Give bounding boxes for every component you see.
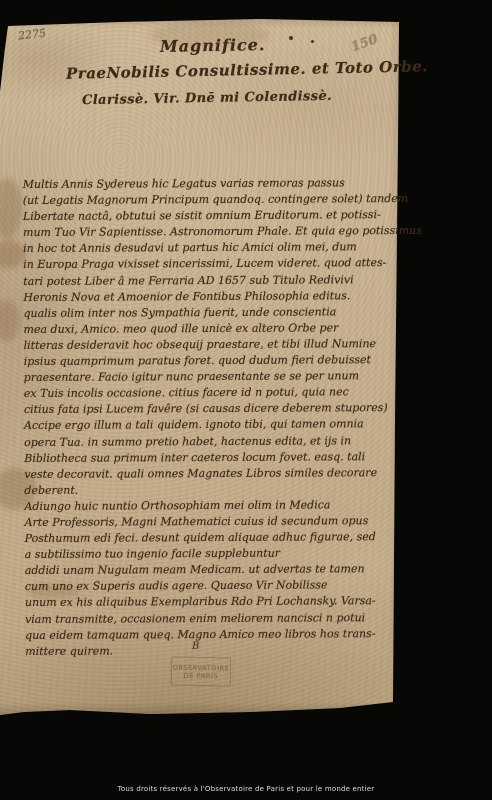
- manuscript-line: unum ex his aliquibus Exemplaribus Rdo P…: [25, 593, 397, 611]
- manuscript-line: qua eidem tamquam queq. Magno Amico meo …: [25, 626, 397, 644]
- footer-caption: Tous droits réservés à l'Observatoire de…: [0, 785, 492, 793]
- manuscript-line: cum uno ex Superis audis agere. Quaeso V…: [25, 577, 397, 595]
- manuscript-line: mum Tuo Vir Sapientisse. Astronomorum Ph…: [23, 223, 395, 241]
- manuscript-line: (ut Legatis Magnorum Principum quandoq. …: [23, 191, 395, 209]
- manuscript-line: a subtilissimo tuo ingenio facile supple…: [25, 545, 397, 563]
- manuscript-line: Bibliotheca sua primum inter caeteros lo…: [24, 449, 396, 467]
- manuscript-line: citius fata ipsi Lucem favêre (si causas…: [24, 400, 396, 418]
- manuscript-line: Libertate nactâ, obtutui se sistit omniu…: [23, 207, 395, 225]
- stain: [0, 178, 22, 238]
- observatory-stamp: OBSERVATOIRE DE PARIS: [171, 656, 231, 686]
- manuscript-line: deberent.: [24, 481, 396, 499]
- manuscript-line: Arte Professoris, Magni Mathematici cuiu…: [25, 513, 397, 531]
- letter-body: Multis Annis Sydereus hic Legatus varias…: [23, 175, 398, 660]
- manuscript-line: ex Tuis incolis occasione. citius facere…: [24, 384, 396, 402]
- manuscript-line: veste decoravit. quali omnes Magnates Li…: [24, 465, 396, 483]
- manuscript-line: viam transmitte, occasionem enim meliore…: [25, 610, 397, 628]
- manuscript-line: qualis olim inter nos Sympathia fuerit, …: [23, 304, 395, 322]
- manuscript-line: Heronis Nova et Amoenior de Fontibus Phi…: [23, 288, 395, 306]
- manuscript-line: litteras desideravit hoc obsequij praest…: [24, 336, 396, 354]
- stamp-line-2: DE PARIS: [184, 671, 219, 680]
- letter-heading-line-1: Magnifice.: [160, 35, 266, 56]
- stain: [0, 300, 20, 342]
- manuscript-line: ipsius quamprimum paratus foret. quod du…: [24, 352, 396, 370]
- manuscript-line: opera Tua. in summo pretio habet, hacten…: [24, 433, 396, 451]
- manuscript-line: tari potest Liber â me Ferraria AD 1657 …: [23, 272, 395, 290]
- manuscript-line: in hoc tot Annis desudavi ut partus hic …: [23, 239, 395, 257]
- ink-mark: B: [192, 641, 199, 652]
- manuscript-line: Accipe ergo illum a tali quidem. ignoto …: [24, 416, 396, 434]
- manuscript-line: in Europa Praga vixisset sincerissimi, L…: [23, 255, 395, 273]
- manuscript-line: mea duxi, Amico. meo quod ille unicè ex …: [23, 320, 395, 338]
- manuscript-line: Adiungo huic nuntio Orthosophiam mei oli…: [24, 497, 396, 515]
- manuscript-line: praesentare. Facio igitur nunc praesenta…: [24, 368, 396, 386]
- manuscript-line: Multis Annis Sydereus hic Legatus varias…: [23, 175, 395, 193]
- ink-dot: [311, 40, 314, 43]
- ink-dot: [289, 36, 293, 40]
- photo-frame: 2275 150 Magnifice. PraeNobilis Consulti…: [0, 0, 492, 800]
- manuscript-line: addidi unam Nugulam meam Medicam. ut adv…: [25, 561, 397, 579]
- manuscript-line: Posthumum edi feci. desunt quidem aliqua…: [25, 529, 397, 547]
